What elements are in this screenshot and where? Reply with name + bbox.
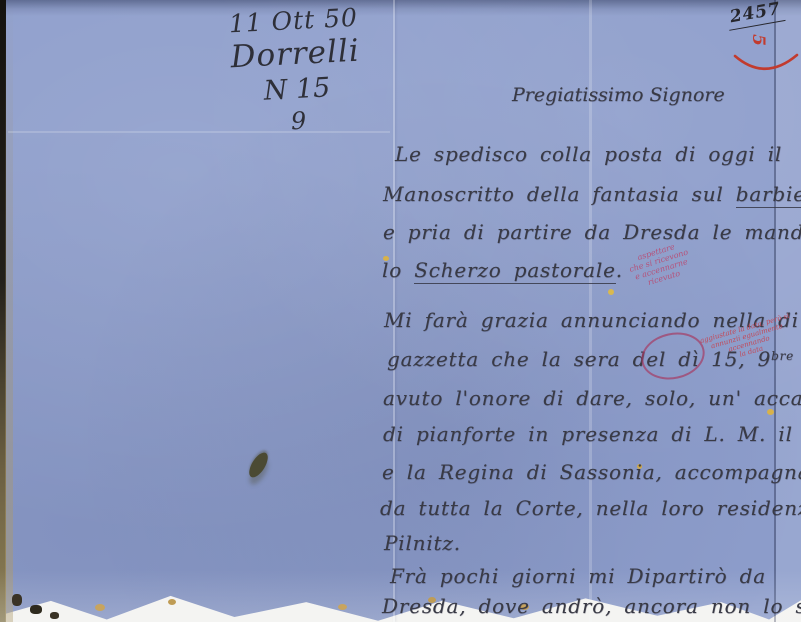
letter-line: Manoscritto della fantasia sul barbiere,	[383, 182, 801, 206]
scanned-letter-page: { "colors": { "paper_blue": "#8d9dcb", "…	[0, 0, 801, 622]
letter-line: Le spedisco colla posta di oggi il	[395, 142, 782, 166]
letter-line: e pria di partire da Dresda le manderò	[383, 220, 801, 244]
line-segment: Manoscritto della fantasia sul	[383, 182, 736, 206]
red-flourish-mark	[731, 52, 801, 80]
corner-dark-blot	[30, 605, 42, 614]
edge-stain	[168, 599, 176, 605]
paper-left-edge	[5, 0, 13, 622]
letter-line: Dresda, dove andrò, ancora non lo sò;	[382, 594, 801, 618]
line-segment: ho	[794, 347, 801, 371]
letter-line: di pianforte in presenza di L. M. il rè	[383, 422, 801, 446]
letter-line: Frà pochi giorni mi Dipartirò da	[390, 564, 766, 588]
archival-heading-block: 11 Ott 50 Dorrelli N 15 9	[195, 1, 397, 140]
edge-stain	[95, 604, 105, 611]
underlined-title-barbiere: barbiere	[736, 182, 801, 208]
line-segment: lo	[382, 258, 414, 282]
red-archive-number: 5	[748, 34, 768, 46]
date-superscript: bre	[771, 349, 794, 363]
underlined-title-scherzo: Scherzo pastorale	[414, 258, 616, 284]
letter-line: da tutta la Corte, nella loro residenza …	[380, 496, 801, 520]
letter-line: lo Scherzo pastorale.	[382, 258, 623, 282]
letter-line: avuto l'onore di dare, solo, un' accadem…	[383, 386, 801, 410]
corner-dark-blot	[12, 594, 22, 606]
letter-line: e la Regina di Sassonia, accompagnati	[382, 460, 801, 484]
edge-stain	[338, 604, 347, 610]
corner-dark-blot	[50, 612, 59, 619]
letter-line: Pilnitz.	[384, 531, 461, 555]
salutation: Pregiatissimo Signore	[512, 84, 725, 106]
